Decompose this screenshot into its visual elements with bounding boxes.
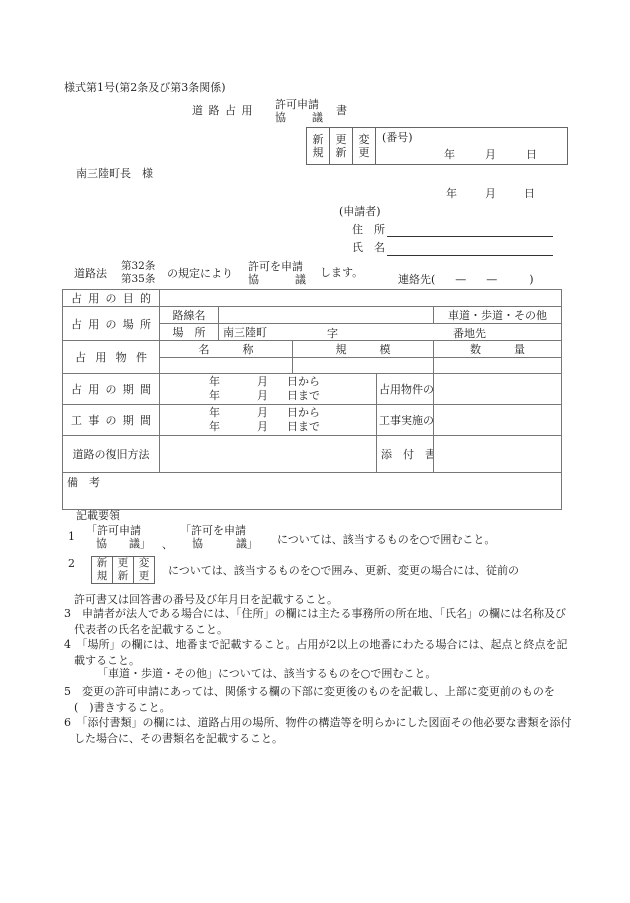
method-label: 工事実施の方法 <box>377 405 434 436</box>
title-option: 許可申請 協 議 <box>275 98 323 124</box>
route-name-label: 路線名 <box>160 307 219 324</box>
application-table: 占用の目的 占用の場所 路線名 車道・歩道・その他 場 所 南三陸町 字 番地先… <box>62 289 562 510</box>
note-6: 6 「添付書類」の欄には、道路占用の場所、物件の構造等を明らかにした図面その他必… <box>64 715 574 746</box>
object-scale-header: 規 模 <box>293 341 434 358</box>
attachments-label: 添 付 書 類 <box>377 436 434 473</box>
type-option-change[interactable]: 変更 <box>353 128 376 165</box>
address-input[interactable] <box>387 236 553 237</box>
note-5: 5 変更の許可申請にあっては、関係する欄の下部に変更後のものを記載し、上部に変更… <box>64 684 574 715</box>
law-name: 道路法 <box>74 268 107 281</box>
occupancy-period-input[interactable]: 年月日から 年月日まで <box>160 374 377 405</box>
object-quantity-header: 数 量 <box>434 341 562 358</box>
number-label: (番号) <box>382 131 413 144</box>
note-1-text: については、該当するものを○で囲むこと。 <box>277 534 495 547</box>
town-name: 南三陸町 <box>223 326 267 339</box>
object-name-header: 名 称 <box>160 341 293 358</box>
notes-heading: 記載要領 <box>76 510 120 523</box>
note-2-type-box: 新規 更新 変更 <box>91 556 155 584</box>
name-label: 氏 名 <box>352 242 385 255</box>
attachments-input[interactable] <box>434 436 562 473</box>
method-input[interactable] <box>434 405 562 436</box>
note-1-separator: 、 <box>162 539 173 552</box>
structure-input[interactable] <box>434 374 562 405</box>
restoration-label: 道路の復旧方法 <box>63 436 160 473</box>
object-label: 占用物件 <box>63 341 160 374</box>
title-option-bottom-right: 議 <box>312 111 323 124</box>
previous-permit-number-field[interactable]: (番号) 年月日 <box>376 128 568 165</box>
note-2-text: については、該当するものを○で囲み、更新、変更の場合には、従前の <box>168 565 519 578</box>
note-1-choice-b: 「許可を申請協 議」 <box>180 524 258 550</box>
title-option-top: 許可申請 <box>275 98 323 111</box>
title-prefix: 道 路 占 用 <box>192 105 254 118</box>
construction-period-label: 工事の期間 <box>63 405 160 436</box>
road-type-choice[interactable]: 車道・歩道・その他 <box>434 307 562 324</box>
applicant-heading: (申請者) <box>339 206 381 219</box>
remarks-field[interactable]: 備 考 <box>63 473 562 510</box>
place-label: 占用の場所 <box>63 307 160 341</box>
note-4b: 「車道・歩道・その他」については、該当するものを○で囲むこと。 <box>97 668 436 681</box>
location-label: 場 所 <box>160 324 219 341</box>
occupancy-period-label: 占用の期間 <box>63 374 160 405</box>
type-option-new[interactable]: 新規 <box>307 128 330 165</box>
type-box: 新規 更新 変更 (番号) 年月日 <box>306 127 568 165</box>
note-3: 3 申請者が法人である場合には、「住所」の欄には主たる事務所の所在地、「氏名」の… <box>64 606 574 637</box>
note-2-continued: 許可書又は回答書の番号及び年月日を記載すること。 <box>74 594 338 607</box>
application-date[interactable]: 年月日 <box>446 188 535 201</box>
title-option-bottom-left: 協 <box>275 111 286 124</box>
article-choice: 第32条第35条 <box>121 260 155 285</box>
construction-period-input[interactable]: 年月日から 年月日まで <box>160 405 377 436</box>
restoration-input[interactable] <box>160 436 377 473</box>
form-number: 様式第1号(第2条及び第3条関係) <box>64 82 226 95</box>
banchi-label: 番地先 <box>453 325 486 341</box>
remarks-label: 備 考 <box>67 476 100 489</box>
contact-field[interactable]: 連絡先( — — ) <box>398 274 534 287</box>
purpose-input[interactable] <box>160 290 562 307</box>
name-input[interactable] <box>387 255 553 256</box>
object-scale-input[interactable] <box>293 358 434 374</box>
previous-permit-date: 年月日 <box>444 148 537 161</box>
aza-label: 字 <box>327 325 338 341</box>
note-1-choice-a: 「許可申請協 議」 <box>86 524 151 550</box>
note-2-number: 2 <box>68 558 75 571</box>
type-option-renew[interactable]: 更新 <box>330 128 353 165</box>
object-quantity-input[interactable] <box>434 358 562 374</box>
note-4: 4 「場所」の欄には、地番まで記載すること。占用が2以上の地番にわたる場合には、… <box>64 637 574 668</box>
verb-choice: 許可を申請 協議 <box>248 260 306 286</box>
object-name-input[interactable] <box>160 358 293 374</box>
structure-label: 占用物件の構造 <box>377 374 434 405</box>
note-1-number: 1 <box>68 531 75 544</box>
location-input[interactable]: 南三陸町 字 番地先 <box>219 324 562 341</box>
purpose-label: 占用の目的 <box>63 290 160 307</box>
provision-text: の規定により <box>167 268 233 281</box>
statement-ending: します。 <box>320 267 363 280</box>
route-name-input[interactable] <box>219 307 434 324</box>
title-suffix: 書 <box>336 105 347 118</box>
addressee: 南三陸町長 様 <box>76 168 153 181</box>
address-label: 住 所 <box>352 224 385 237</box>
